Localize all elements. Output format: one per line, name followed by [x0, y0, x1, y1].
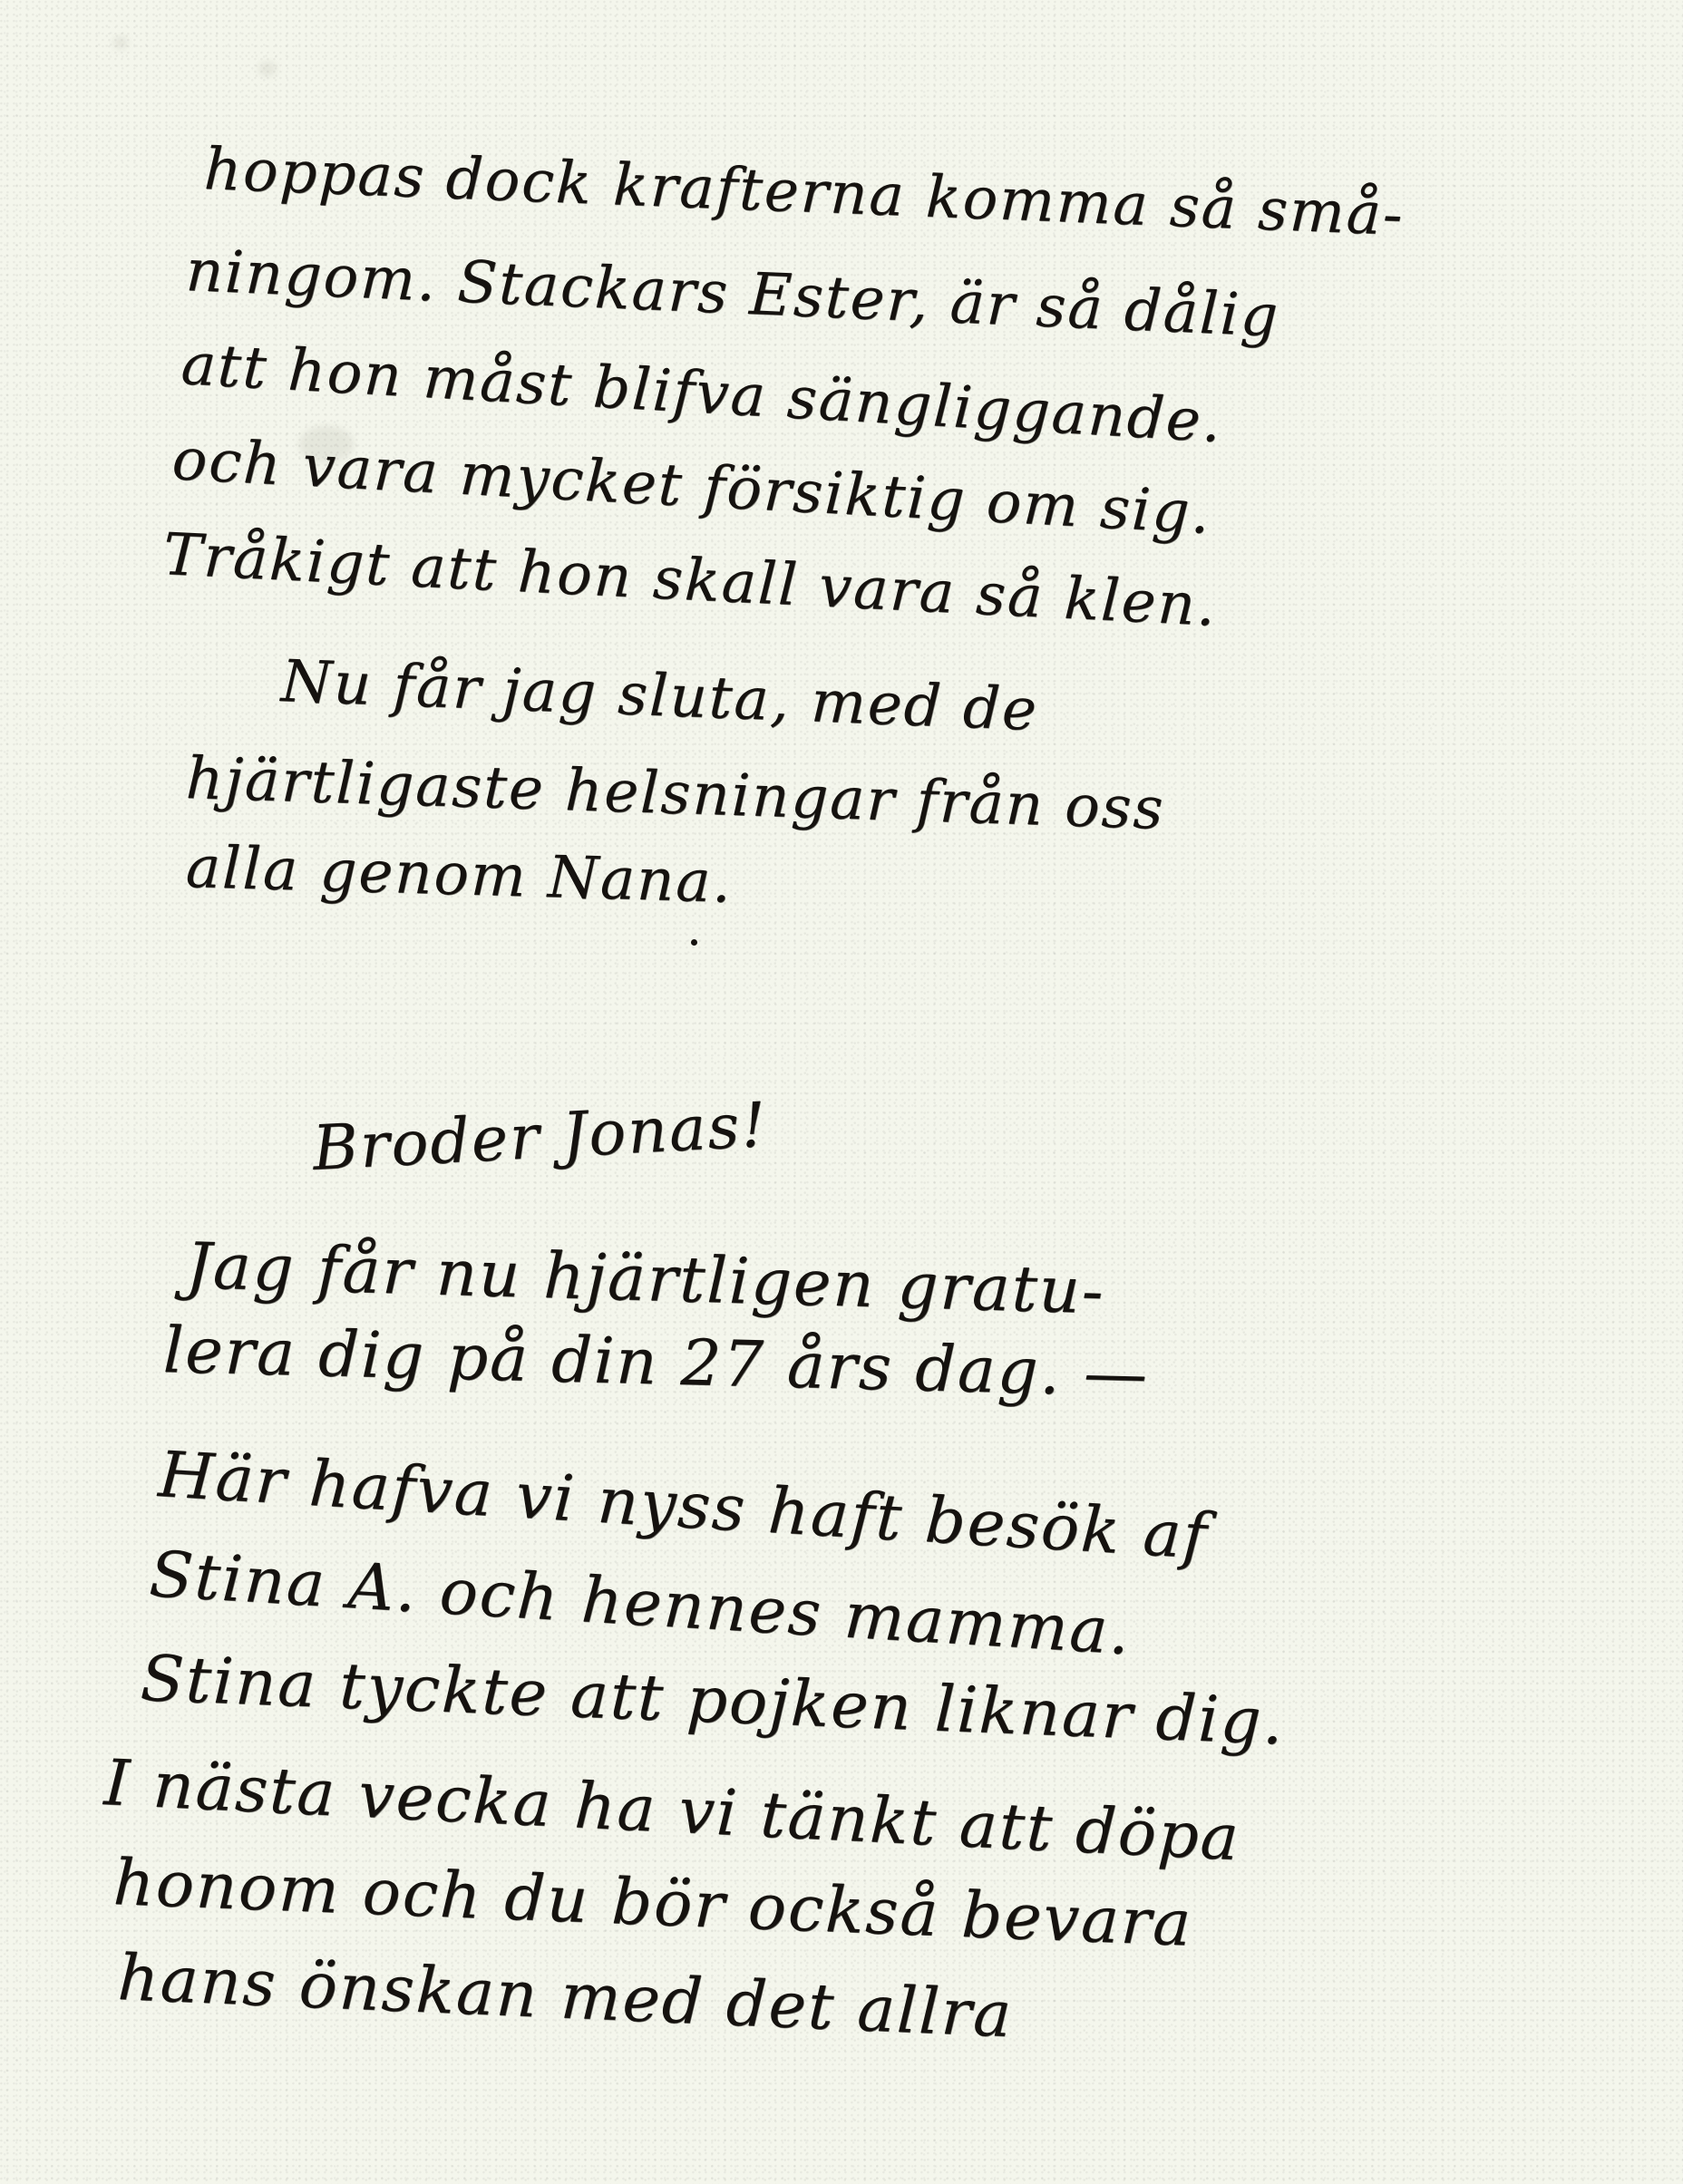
- letter-line-10: Jag får nu hjärtligen gratu-: [185, 1228, 1106, 1328]
- paper-stain: [113, 36, 128, 49]
- ink-dot: [691, 939, 697, 946]
- letter-line-7: hjärtligaste helsningar från oss: [185, 745, 1166, 843]
- letter-line-6: Nu får jag sluta, med de: [280, 648, 1040, 744]
- letter-line-2: ningom. Stackars Ester, är så dålig: [184, 238, 1280, 350]
- paper-stain: [258, 62, 277, 76]
- letter-line-17: hans önskan med det allra: [116, 1940, 1014, 2052]
- letter-line-8: alla genom Nana.: [185, 834, 734, 917]
- letter-line-11: lera dig på din 27 års dag. —: [162, 1313, 1150, 1412]
- salutation: Broder Jonas!: [311, 1090, 770, 1185]
- letter-line-1: hoppas dock krafterna komma så små-: [203, 136, 1406, 249]
- letter-page: hoppas dock krafterna komma så små- ning…: [0, 0, 1683, 2184]
